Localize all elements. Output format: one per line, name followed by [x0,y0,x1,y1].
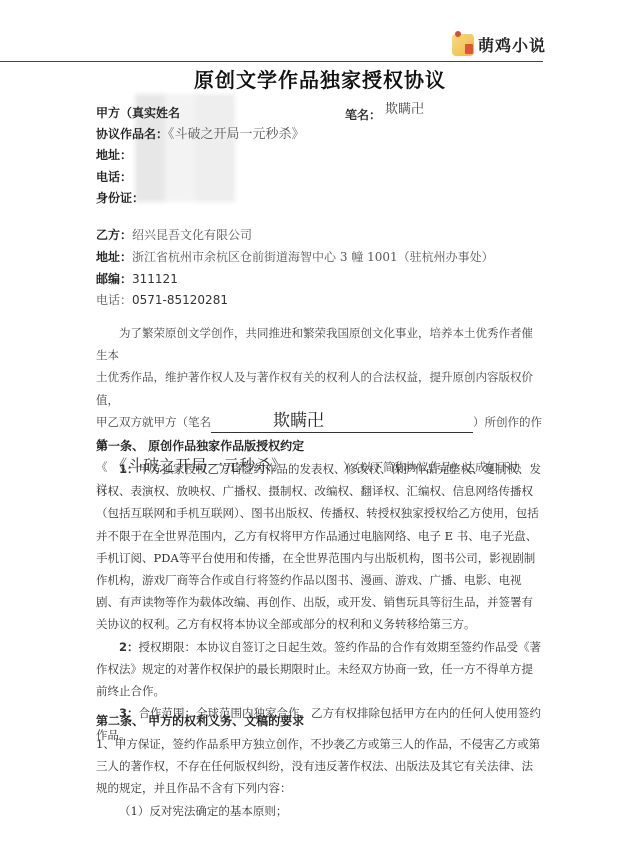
brand-header: 萌鸡小说 [452,33,546,56]
work-name-row: 协议作品名：《斗破之开局一元秒杀》 [96,123,305,142]
article-1-clause-2: 2：授权期限：本协议自签订之日起生效。签约作品的合作有效期至签约作品受《著作权法… [96,636,544,703]
party-a-address-label: 地址： [96,146,132,163]
party-a-name-label: 甲方（真实姓名 [96,104,180,121]
document-title: 原创文学作品独家授权协议 [0,64,640,93]
article-1-body: 1：甲方独家授权乙方将签约作品的发表权、修改权、保护作品完整权、复制权、发行权、… [96,458,544,747]
article-1-clause-1: 1：甲方独家授权乙方将签约作品的发表权、修改权、保护作品完整权、复制权、发行权、… [96,458,544,636]
article-2-heading: 第二条、 甲方的权利义务、文稿的要求 [96,712,304,729]
pen-name-fill-line: 欺瞒卍 [211,416,473,433]
party-b-name-row: 乙方：绍兴昆吾文化有限公司 [96,226,252,243]
preamble-line-2: 土优秀作品，维护著作权人及与著作权有关的权利人的合法权益，提升原创内容版权价值， [96,366,544,410]
party-b-phone: 0571-85120281 [132,293,228,307]
party-b-address: 浙江省杭州市余杭区仓前街道海智中心 3 幢 1001（驻杭州办事处） [132,250,494,264]
party-b-address-label: 地址： [96,250,132,264]
party-b-zip-row: 邮编：311121 [96,270,178,287]
article-2-item-1: （1）反对宪法确定的基本原则； [96,800,544,822]
pen-name-fill: 欺瞒卍 [273,410,324,432]
work-name-value: 《斗破之开局一元秒杀》 [168,127,305,142]
brand-name: 萌鸡小说 [478,33,546,56]
article-2-body: 1、甲方保证，签约作品系甲方独立创作，不抄袭乙方或第三人的作品，不侵害乙方或第三… [96,733,544,822]
header-divider [0,61,543,62]
pen-name-label: 笔名： [345,106,381,123]
work-name-label: 协议作品名： [96,127,168,141]
party-b-name-label: 乙方： [96,228,132,242]
pen-name-value: 欺瞒卍 [385,98,424,117]
party-b-zip-label: 邮编： [96,272,132,286]
party-a-id-label: 身份证： [96,189,144,206]
preamble-line-1: 为了繁荣原创文学创作，共同推进和繁荣我国原创文化事业，培养本土优秀作者催生本 [96,322,544,366]
party-b-phone-row: 电话：0571-85120281 [96,291,228,308]
party-a-phone-label: 电话： [96,168,132,185]
chick-book-icon [452,34,474,56]
party-b-name: 绍兴昆吾文化有限公司 [132,228,252,242]
party-b-address-row: 地址：浙江省杭州市余杭区仓前街道海智中心 3 幢 1001（驻杭州办事处） [96,248,494,265]
party-b-phone-label: 电话： [96,293,132,307]
article-1-heading: 第一条、 原创作品独家作品版授权约定 [96,437,304,454]
article-2-clause-1: 1、甲方保证，签约作品系甲方独立创作，不抄袭乙方或第三人的作品，不侵害乙方或第三… [96,733,544,800]
preamble-line-3-prefix: 甲乙双方就甲方（笔名 [96,415,211,429]
party-b-zip: 311121 [132,272,178,286]
